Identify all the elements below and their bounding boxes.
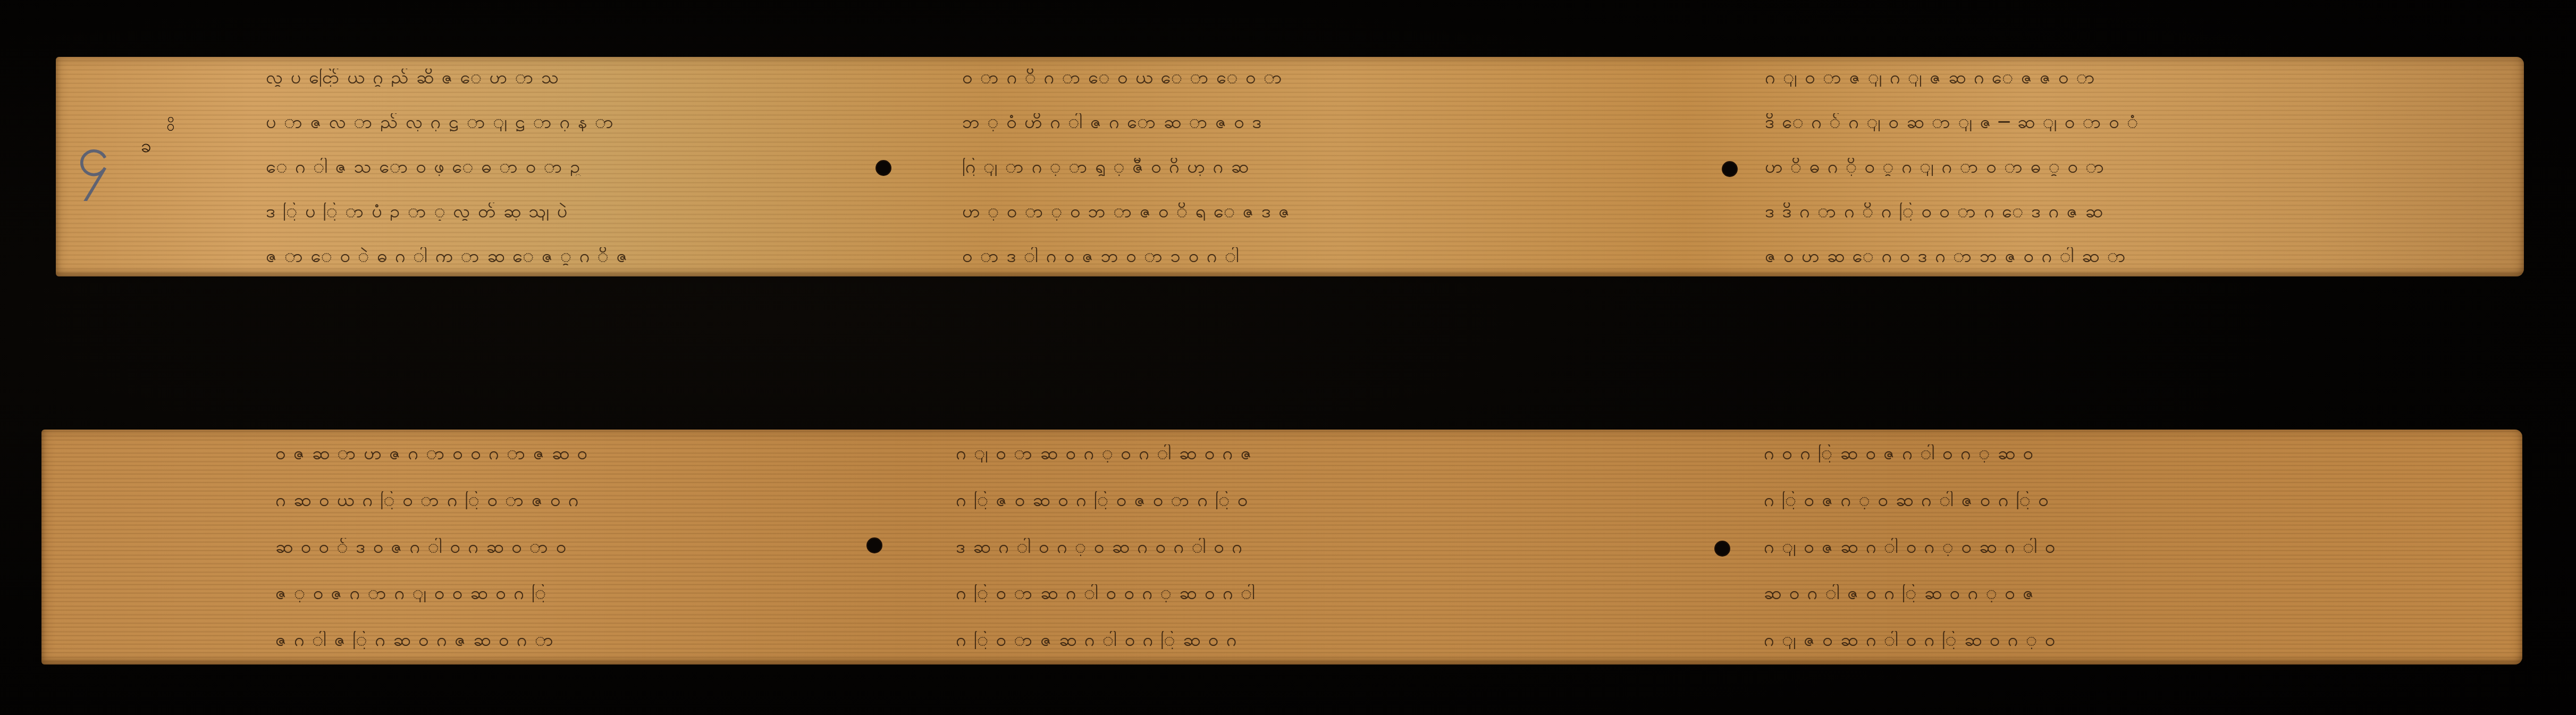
palm-leaf-top: ၄ ခ ဝိ လွှ ပ ငြော် ယ ဂွ ည် ဆိ ဇ ေ ဟ ာ သ … [56, 57, 2524, 276]
binding-hole-right [1722, 161, 1738, 177]
text-line: ဒ ြ ပ ြ ာ ပံ ဥ ာ ့ လွ တ် ဆု သျ ပဲ [266, 203, 872, 221]
text-column-right: ဂ ဝ ဂ ြ ဆ ဝ ဇ ဂ ါ ဝ ဂ ှ ဆ ဝ ဂ ြ ဝ ဇ ဂ ှ … [1764, 444, 2375, 649]
binding-hole-right [1714, 541, 1730, 557]
text-line: ဟ ှ ဝ ာ ု ဝ ဘ ာ ဇ ဝ ိ ရ ေ ဇ ဒ ဇ [962, 203, 1701, 221]
text-line: ဒိ ေ ဂ ် ဂ ျ ဝ ဆ ာ ျ ဇ ─ ဆ ျ ဝ ာ ဝ ံ [1765, 113, 2371, 131]
text-line: ဂ ဆ ဝ ယ ဂ ြ ဝ ာ ဂ ြ ဝ ာ ဇ ဝ ဂ [275, 491, 865, 509]
text-line: ဂ ျ ဝ ာ ဆ ဝ ဂ ှ ဝ ဂ ါ ဆ ဝ ဂ ဇ [956, 444, 1695, 462]
text-line: ဆ ဝ ဝ ် ဒ ဝ ဇ ဂ ါ ဝ ဂ ဆ ဝ ာ ဝ [275, 538, 865, 556]
text-column-middle: ဝ ာ ဂ ိ ဂ ာ ေ ဝ ယ ေ ာ ေ ဝ ာ ဘ ု ဝံ ဟိ ဂ … [962, 69, 1701, 265]
text-line: ဘ ု ဝံ ဟိ ဂ ါ ဇ ဂ ော ဆ ာ ဇ ဝ ဒ [962, 113, 1701, 131]
text-column-right: ဂ ျ ဝ ာ ဇ ျ ဂ ျ ဇ ဆ ဂ ေ ဇ ဇ ဝ ာ ဒိ ေ ဂ ်… [1765, 69, 2371, 265]
text-line: လွှ ပ ငြော် ယ ဂွ ည် ဆိ ဇ ေ ဟ ာ သ [266, 69, 872, 87]
text-line: ေ ဂ ါ ဇ သ ော ဝ ဖု ေ ဓ ာ ဝ ာ ဉ္ [266, 158, 872, 176]
binding-hole-left [875, 160, 891, 176]
marginal-label-main: ခ [141, 135, 151, 157]
text-line: ဂ ြ ဝ ာ ဆ ဂ ါ ဝ ဝ ဂ ှ ဆ ဝ ဂ ါ [956, 584, 1695, 602]
text-line: ဂြ ျ ာ ဂ ှ ာ ရွ ု ဇီ ဝ ဂိ ဟု ဂ ဆ [962, 158, 1701, 176]
text-line: ဂ ြ ဇ ဝ ဆ ဝ ဂ ြ ဝ ဇ ဝ ာ ဂ ြ ဝ [956, 491, 1695, 509]
leaf-number: ၄ [77, 126, 110, 184]
text-line: ဝ ာ ဂ ိ ဂ ာ ေ ဝ ယ ေ ာ ေ ဝ ာ [962, 69, 1701, 87]
text-line: ဇ ှ ဝ ဇ ဂ ာ ဂ ျ ဝ ဝ ဆ ဝ ဂ ြ [275, 584, 865, 602]
text-line: ဂ ြ ဝ ာ ဇ ဆ ဂ ါ ဝ ဂ ြ ဆ ဝ ဂ [956, 631, 1695, 649]
text-line: ဇ ဂ ါ ဇ ြ ဂ ဆ ဝ ဂ ဇ ဆ ဝ ဂ ာ [275, 631, 865, 649]
text-line: ဂ ျ ဝ ဇ ဆ ဂ ါ ဝ ဂ ှ ဝ ဆ ဂ ါ ဝ [1764, 538, 2375, 556]
text-line: ဇ ာ ေ ဝ ဲ ဓ ဂ ါ က ာ ဆ ေ ဇ ွ ဂ ိ ဇ [266, 247, 872, 265]
text-line: ဝ ဇ ဆ ာ ဟ ဇ ဂ ာ ဝ ဝ ဂ ာ ဇ ဆ ဝ [275, 444, 865, 462]
marginal-notation: ခ ဝိ [141, 137, 151, 156]
text-line: ပ ာ ဇ လ ာ ည် လု ဂု ဠ ာ ျ ဠ ာ ဂု န ာ [266, 113, 872, 131]
text-line: ဒ ဆ ဂ ါ ဝ ဂ ှ ဝ ဆ ဂ ဝ ဂ ါ ဝ ဂ [956, 538, 1695, 556]
text-line: ဂ ျ ဝ ာ ဇ ျ ဂ ျ ဇ ဆ ဂ ေ ဇ ဇ ဝ ာ [1765, 69, 2371, 87]
text-line: ဟ ိ ဓ ဂ ို ဝ ွ ဂ ျ ဂ ာ ဝ ာ ဓ ွ ဝ ာ [1765, 158, 2371, 176]
text-line: ဝ ာ ဒ ါ ဂ ဝ ဇ ဘ ဝ ာ ၁ ဝ ဂ ါ [962, 247, 1701, 265]
text-column-left: ဝ ဇ ဆ ာ ဟ ဇ ဂ ာ ဝ ဝ ဂ ာ ဇ ဆ ဝ ဂ ဆ ဝ ယ ဂ … [275, 444, 865, 649]
text-column-middle: ဂ ျ ဝ ာ ဆ ဝ ဂ ှ ဝ ဂ ါ ဆ ဝ ဂ ဇ ဂ ြ ဇ ဝ ဆ … [956, 444, 1695, 649]
text-line: ဒ ဒိ ဂ ာ ဂ ိ ဂ ြ ဝ ဝ ာ ဂ ေ ဒ ဂ ဇ ဆ [1765, 203, 2371, 221]
text-column-left: လွှ ပ ငြော် ယ ဂွ ည် ဆိ ဇ ေ ဟ ာ သ ပ ာ ဇ လ… [266, 69, 872, 265]
binding-hole-left [866, 537, 882, 553]
text-line: ဂ ဝ ဂ ြ ဆ ဝ ဇ ဂ ါ ဝ ဂ ှ ဆ ဝ [1764, 444, 2375, 462]
text-line: ဂ ြ ဝ ဇ ဂ ှ ဝ ဆ ဂ ါ ဇ ဝ ဂ ြ ဝ [1764, 491, 2375, 509]
text-line: ဆ ဝ ဂ ါ ဇ ဝ ဂ ြ ဆ ဝ ဂ ှ ဝ ဇ [1764, 584, 2375, 602]
palm-leaf-bottom: ဝ ဇ ဆ ာ ဟ ဇ ဂ ာ ဝ ဝ ဂ ာ ဇ ဆ ဝ ဂ ဆ ဝ ယ ဂ … [41, 430, 2522, 664]
text-line: ဂ ျ ဇ ဝ ဆ ဂ ါ ဝ ဂ ြ ဆ ဝ ဂ ှ ဝ [1764, 631, 2375, 649]
marginal-label-superscript: ဝိ [166, 119, 175, 133]
text-line: ဇ ဝ ဟ ဆ ေ ဂ ဝ ဒ ဂ ာ ဘ ဇ ဝ ဂ ါ ဆ ာ [1765, 247, 2371, 265]
